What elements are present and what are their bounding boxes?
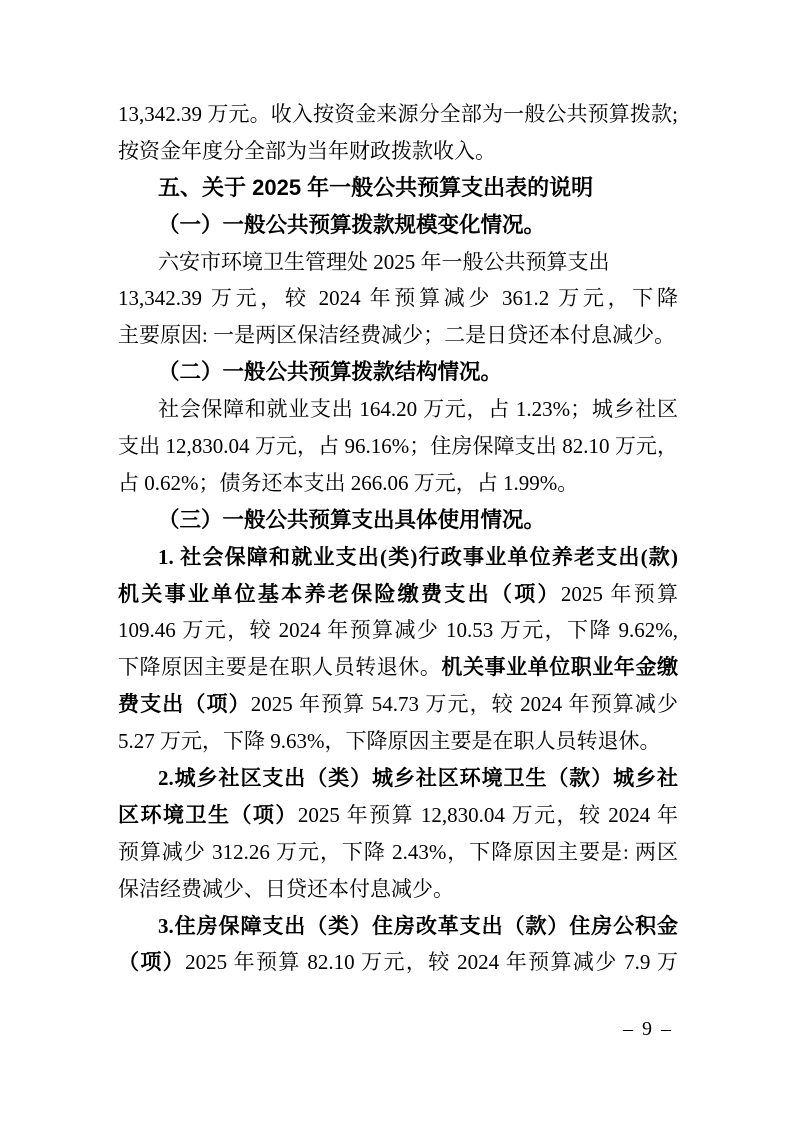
text-segment: 主要原因: 一是两区保洁经费减少；二是日贷还本付息减少。 bbox=[118, 323, 675, 347]
text-line: 五、关于 2025 年一般公共预算支出表的说明 bbox=[118, 170, 678, 207]
text-line: 保洁经费减少、日贷还本付息减少。 bbox=[118, 871, 678, 908]
text-line: 机关事业单位基本养老保险缴费支出（项）2025 年预算 bbox=[118, 576, 678, 613]
text-segment: 社会保障和就业支出 164.20 万元，占 1.23%；城乡社区 bbox=[158, 397, 678, 421]
bold-text-segment: 2.城乡社区支出（类）城乡社区环境卫生（款）城乡社 bbox=[158, 766, 678, 790]
text-segment: 109.46 万元，较 2024 年预算减少 10.53 万元，下降 9.62%… bbox=[118, 618, 678, 642]
document-page: 13,342.39 万元。收入按资金来源分全部为一般公共预算拨款;按资金年度分全… bbox=[0, 0, 793, 1122]
text-line: 3.住房保障支出（类）住房改革支出（款）住房公积金 bbox=[118, 908, 678, 945]
bold-text-segment: 五、关于 2025 年一般公共预算支出表的说明 bbox=[158, 175, 593, 200]
text-segment: 13,342.39 万元，较 2024 年预算减少 361.2 万元，下降 2.… bbox=[118, 286, 678, 317]
text-line: 1. 社会保障和就业支出(类)行政事业单位养老支出(款) bbox=[118, 539, 678, 576]
bold-text-segment: 区环境卫生（项） bbox=[118, 803, 298, 827]
bold-text-segment: 费支出（项） bbox=[118, 692, 251, 716]
bold-text-segment: 机关事业单位职业年金缴 bbox=[441, 655, 678, 679]
text-line: （一）一般公共预算拨款规模变化情况。 bbox=[118, 207, 678, 244]
text-line: 预算减少 312.26 万元，下降 2.43%，下降原因主要是: 两区 bbox=[118, 834, 678, 871]
bold-text-segment: （二）一般公共预算拨款结构情况。 bbox=[158, 360, 502, 384]
text-segment: 占 0.62%；债务还本支出 266.06 万元，占 1.99%。 bbox=[118, 471, 578, 495]
bold-text-segment: 机关事业单位基本养老保险缴费支出（项） bbox=[118, 582, 561, 606]
text-segment: 2025 年预算 bbox=[561, 582, 678, 606]
text-line: 支出 12,830.04 万元，占 96.16%；住房保障支出 82.10 万元… bbox=[118, 428, 678, 465]
bold-text-segment: （一）一般公共预算拨款规模变化情况。 bbox=[158, 213, 545, 237]
text-line: 主要原因: 一是两区保洁经费减少；二是日贷还本付息减少。 bbox=[118, 317, 678, 354]
text-segment: 支出 12,830.04 万元，占 96.16%；住房保障支出 82.10 万元… bbox=[118, 434, 678, 458]
text-line: 5.27 万元，下降 9.63%，下降原因主要是在职人员转退休。 bbox=[118, 723, 678, 760]
text-line: 2.城乡社区支出（类）城乡社区环境卫生（款）城乡社 bbox=[118, 760, 678, 797]
text-line: 按资金年度分全部为当年财政拨款收入。 bbox=[118, 133, 678, 170]
page-number: – 9 – bbox=[623, 1016, 673, 1042]
text-line: 区环境卫生（项）2025 年预算 12,830.04 万元，较 2024 年 bbox=[118, 797, 678, 834]
text-segment: 按资金年度分全部为当年财政拨款收入。 bbox=[118, 139, 496, 163]
text-line: 社会保障和就业支出 164.20 万元，占 1.23%；城乡社区 bbox=[118, 391, 678, 428]
text-line: 下降原因主要是在职人员转退休。机关事业单位职业年金缴 bbox=[118, 649, 678, 686]
text-line: （三）一般公共预算支出具体使用情况。 bbox=[118, 502, 678, 539]
text-line: 109.46 万元，较 2024 年预算减少 10.53 万元，下降 9.62%… bbox=[118, 612, 678, 649]
text-segment: 六安市环境卫生管理处 2025 年一般公共预算支出 bbox=[158, 250, 610, 274]
text-line: 费支出（项）2025 年预算 54.73 万元，较 2024 年预算减少 bbox=[118, 686, 678, 723]
bold-text-segment: （三）一般公共预算支出具体使用情况。 bbox=[158, 508, 545, 532]
text-segment: 5.27 万元，下降 9.63%，下降原因主要是在职人员转退休。 bbox=[118, 729, 661, 753]
text-line: 六安市环境卫生管理处 2025 年一般公共预算支出 bbox=[118, 244, 678, 281]
text-segment: 13,342.39 万元。收入按资金来源分全部为一般公共预算拨款; bbox=[118, 102, 678, 126]
text-segment: 2025 年预算 12,830.04 万元，较 2024 年 bbox=[298, 803, 678, 827]
text-segment: 2025 年预算 82.10 万元，较 2024 年预算减少 7.9 万 bbox=[185, 950, 678, 974]
document-body: 13,342.39 万元。收入按资金来源分全部为一般公共预算拨款;按资金年度分全… bbox=[118, 96, 678, 981]
text-line: （项）2025 年预算 82.10 万元，较 2024 年预算减少 7.9 万 bbox=[118, 944, 678, 981]
text-segment: 2025 年预算 54.73 万元，较 2024 年预算减少 bbox=[251, 692, 678, 716]
text-line: （二）一般公共预算拨款结构情况。 bbox=[118, 354, 678, 391]
bold-text-segment: （项） bbox=[118, 950, 185, 974]
bold-text-segment: 3.住房保障支出（类）住房改革支出（款）住房公积金 bbox=[158, 914, 678, 938]
text-line: 占 0.62%；债务还本支出 266.06 万元，占 1.99%。 bbox=[118, 465, 678, 502]
bold-text-segment: 1. 社会保障和就业支出(类)行政事业单位养老支出(款) bbox=[158, 545, 678, 569]
text-line: 13,342.39 万元，较 2024 年预算减少 361.2 万元，下降 2.… bbox=[118, 280, 678, 317]
text-line: 13,342.39 万元。收入按资金来源分全部为一般公共预算拨款; bbox=[118, 96, 678, 133]
text-segment: 保洁经费减少、日贷还本付息减少。 bbox=[118, 877, 454, 901]
text-segment: 下降原因主要是在职人员转退休。 bbox=[118, 655, 441, 679]
text-segment: 预算减少 312.26 万元，下降 2.43%，下降原因主要是: 两区 bbox=[118, 840, 678, 864]
